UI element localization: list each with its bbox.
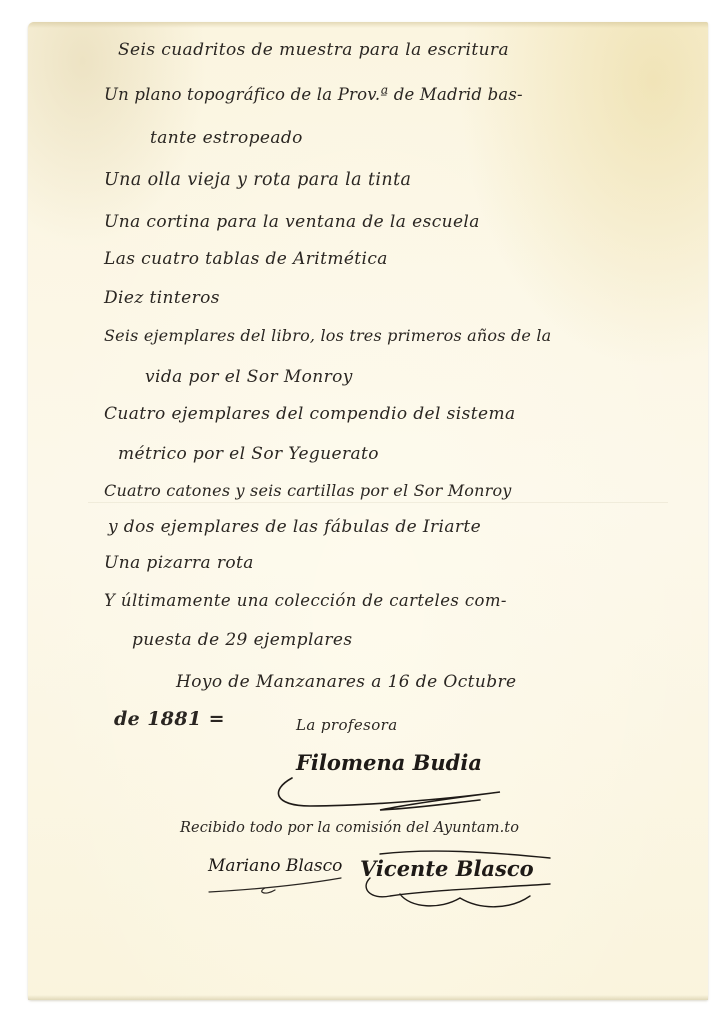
inventory-line-12: Cuatro catones y seis cartillas por el S… bbox=[104, 481, 512, 500]
inventory-line-3: tante estropeado bbox=[150, 128, 303, 148]
inventory-line-11: métrico por el Sor Yeguerato bbox=[118, 444, 379, 464]
inventory-line-15: Y últimamente una colección de carteles … bbox=[104, 591, 507, 610]
inventory-line-6: Las cuatro tablas de Aritmética bbox=[104, 249, 388, 269]
inventory-line-1: Seis cuadritos de muestra para la escrit… bbox=[118, 40, 509, 60]
inventory-line-9: vida por el Sor Monroy bbox=[145, 367, 353, 387]
inventory-line-7: Diez tinteros bbox=[104, 288, 220, 308]
signature-flourish-icon bbox=[270, 770, 530, 820]
place-date-line: Hoyo de Manzanares a 16 de Octubre bbox=[176, 672, 516, 692]
inventory-line-16: puesta de 29 ejemplares bbox=[132, 630, 352, 650]
witness-flourish-1-icon bbox=[205, 872, 345, 896]
year-line: de 1881 = bbox=[114, 708, 225, 730]
paper-edge-bottom bbox=[28, 995, 708, 1000]
paper-crease bbox=[88, 502, 668, 503]
inventory-line-8: Seis ejemplares del libro, los tres prim… bbox=[104, 326, 551, 345]
inventory-line-4: Una olla vieja y rota para la tinta bbox=[104, 170, 411, 190]
inventory-line-5: Una cortina para la ventana de la escuel… bbox=[104, 212, 480, 232]
inventory-line-10: Cuatro ejemplares del compendio del sist… bbox=[104, 404, 516, 424]
paper-edge-top bbox=[28, 22, 708, 28]
inventory-line-14: Una pizarra rota bbox=[104, 553, 254, 573]
inventory-line-13: y dos ejemplares de las fábulas de Iriar… bbox=[108, 517, 481, 537]
signer-title: La profesora bbox=[296, 716, 398, 734]
witness-flourish-2-icon bbox=[350, 848, 590, 918]
inventory-line-2: Un plano topográfico de la Prov.ª de Mad… bbox=[104, 85, 523, 104]
receipt-line: Recibido todo por la comisión del Ayunta… bbox=[180, 820, 519, 836]
